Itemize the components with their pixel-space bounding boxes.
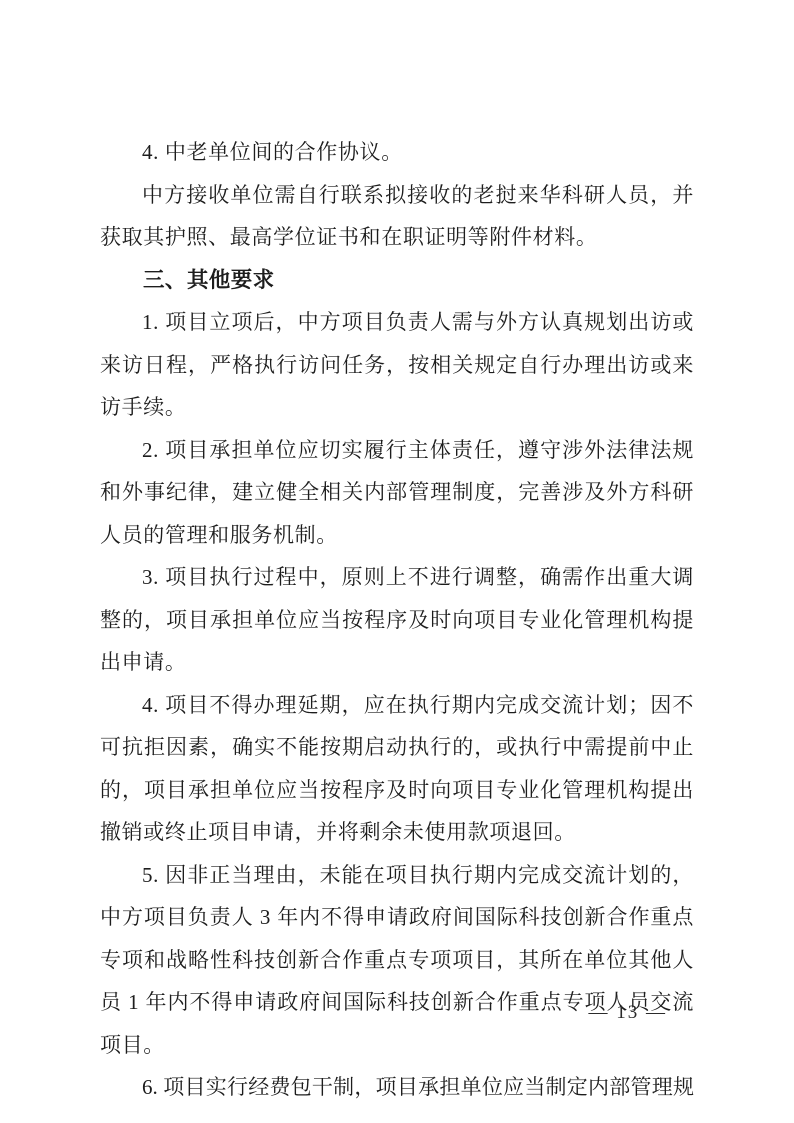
- paragraph-item-2-main-responsibility: 2. 项目承担单位应切实履行主体责任，遵守涉外法律法规和外事纪律，建立健全相关内…: [100, 429, 694, 557]
- document-page: 4. 中老单位间的合作协议。 中方接收单位需自行联系拟接收的老挝来华科研人员，并…: [0, 0, 794, 1123]
- paragraph-item-5-penalty: 5. 因非正当理由，未能在项目执行期内完成交流计划的，中方项目负责人 3 年内不…: [100, 854, 694, 1067]
- page-number: — 13 —: [589, 1001, 668, 1025]
- paragraph-item-4-no-extension: 4. 项目不得办理延期，应在执行期内完成交流计划；因不可抗拒因素，确实不能按期启…: [100, 684, 694, 854]
- paragraph-item-3-adjustment: 3. 项目执行过程中，原则上不进行调整，确需作出重大调整的，项目承担单位应当按程…: [100, 556, 694, 684]
- paragraph-item-6-lump-sum-funding: 6. 项目实行经费包干制，项目承担单位应当制定内部管理规: [100, 1066, 694, 1109]
- section-heading-other-requirements: 三、其他要求: [100, 259, 694, 302]
- document-body: 4. 中老单位间的合作协议。 中方接收单位需自行联系拟接收的老挝来华科研人员，并…: [100, 131, 694, 1109]
- paragraph-item-1-visit-schedule: 1. 项目立项后，中方项目负责人需与外方认真规划出访或来访日程，严格执行访问任务…: [100, 301, 694, 429]
- paragraph-receiving-unit-materials: 中方接收单位需自行联系拟接收的老挝来华科研人员，并获取其护照、最高学位证书和在职…: [100, 174, 694, 259]
- paragraph-item-4-cooperation-agreement: 4. 中老单位间的合作协议。: [100, 131, 694, 174]
